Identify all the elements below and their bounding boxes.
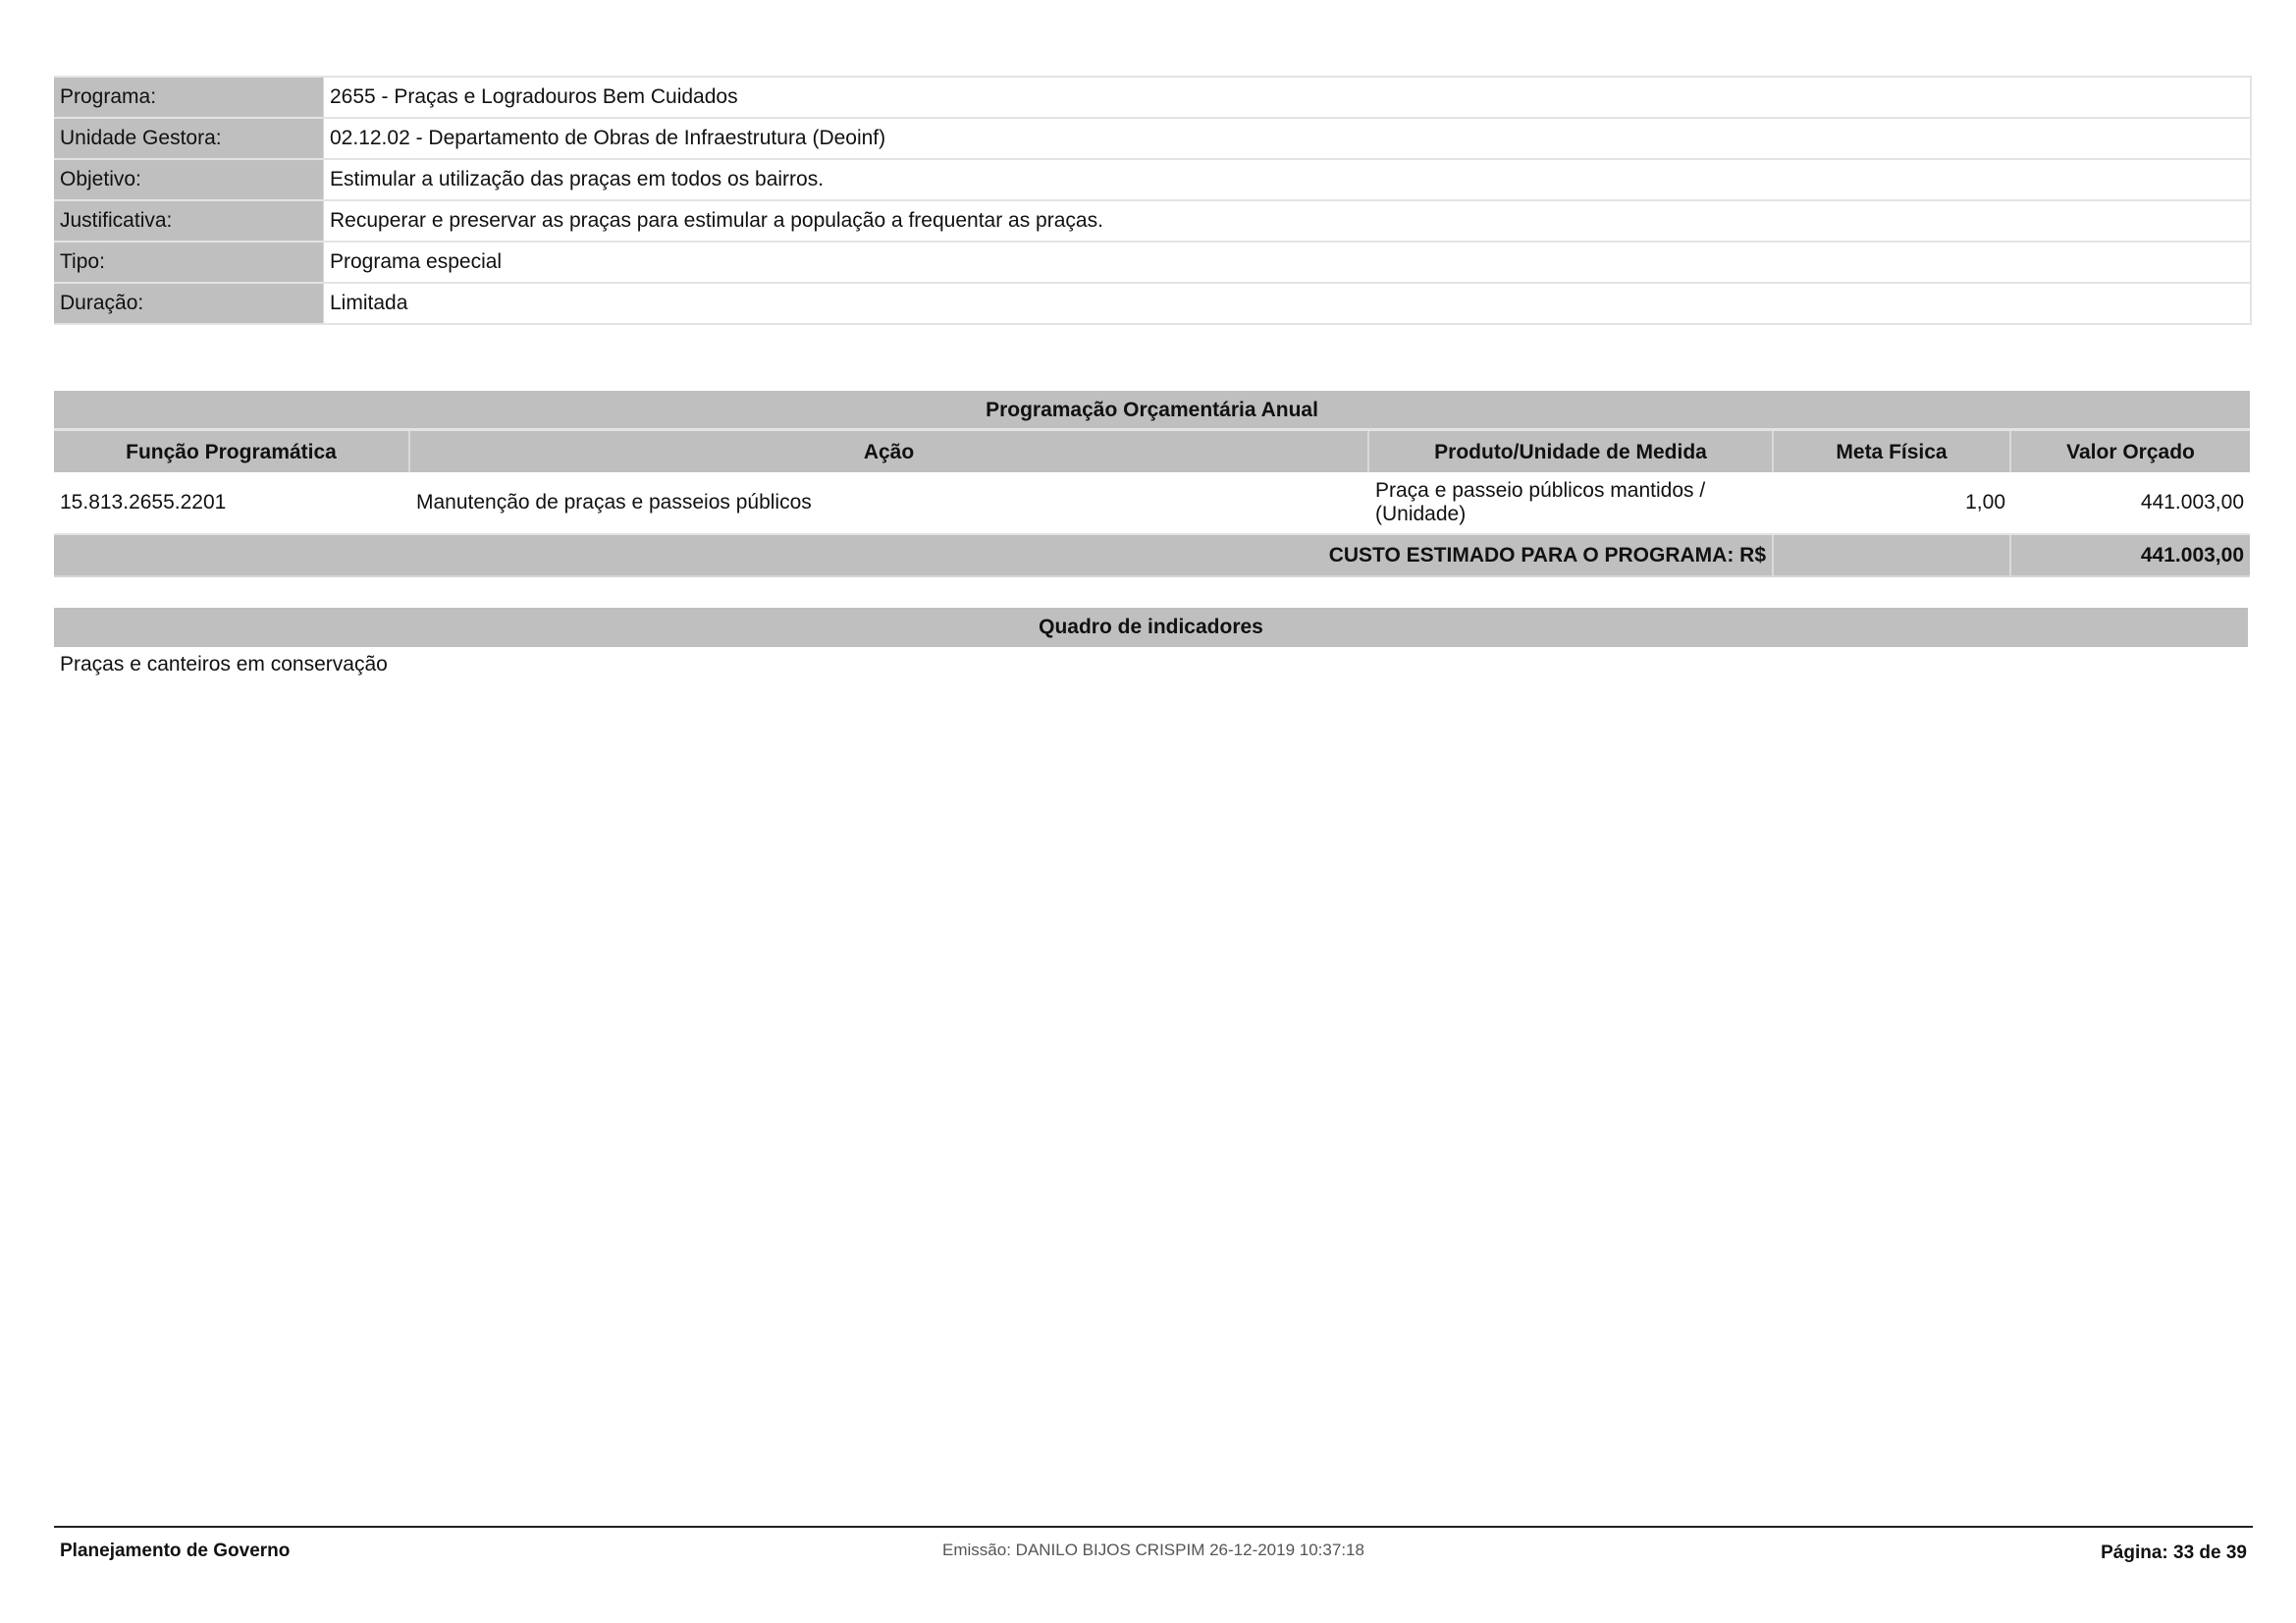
info-row-justificativa: Justificativa: Recuperar e preservar as … bbox=[54, 201, 2250, 243]
footer-page-number: Página: 33 de 39 bbox=[2101, 1542, 2247, 1564]
total-empty-cell bbox=[1774, 535, 2011, 575]
cell-meta: 1,00 bbox=[1774, 491, 2011, 514]
info-row-objetivo: Objetivo: Estimular a utilização das pra… bbox=[54, 160, 2250, 201]
column-header-meta: Meta Física bbox=[1774, 431, 2011, 472]
info-row-duracao: Duração: Limitada bbox=[54, 284, 2250, 325]
cell-valor: 441.003,00 bbox=[2011, 491, 2250, 514]
table-row: 15.813.2655.2201 Manutenção de praças e … bbox=[54, 472, 2250, 533]
info-label: Unidade Gestora: bbox=[54, 119, 324, 158]
info-label: Objetivo: bbox=[54, 160, 324, 199]
footer-divider bbox=[54, 1526, 2253, 1528]
info-label: Tipo: bbox=[54, 243, 324, 282]
budget-total-row: CUSTO ESTIMADO PARA O PROGRAMA: R$ 441.0… bbox=[54, 533, 2250, 577]
info-row-unidade-gestora: Unidade Gestora: 02.12.02 - Departamento… bbox=[54, 119, 2250, 160]
info-value: 2655 - Praças e Logradouros Bem Cuidados bbox=[324, 78, 2250, 117]
indicators-title: Quadro de indicadores bbox=[54, 608, 2248, 647]
budget-table-title: Programação Orçamentária Anual bbox=[54, 391, 2250, 431]
info-value: 02.12.02 - Departamento de Obras de Infr… bbox=[324, 119, 2250, 158]
info-value: Limitada bbox=[324, 284, 2250, 323]
total-value: 441.003,00 bbox=[2011, 535, 2250, 575]
info-row-tipo: Tipo: Programa especial bbox=[54, 243, 2250, 284]
budget-table-header: Função Programática Ação Produto/Unidade… bbox=[54, 431, 2250, 472]
program-info-table: Programa: 2655 - Praças e Logradouros Be… bbox=[54, 76, 2252, 325]
info-value: Programa especial bbox=[324, 243, 2250, 282]
indicators-section: Quadro de indicadores Praças e canteiros… bbox=[54, 608, 2248, 682]
info-row-programa: Programa: 2655 - Praças e Logradouros Be… bbox=[54, 78, 2250, 119]
cell-funcao: 15.813.2655.2201 bbox=[54, 491, 410, 514]
info-label: Justificativa: bbox=[54, 201, 324, 241]
footer-emission: Emissão: DANILO BIJOS CRISPIM 26-12-2019… bbox=[54, 1541, 2253, 1560]
column-header-valor: Valor Orçado bbox=[2011, 431, 2250, 472]
budget-table: Programação Orçamentária Anual Função Pr… bbox=[54, 391, 2250, 577]
info-label: Duração: bbox=[54, 284, 324, 323]
page-footer: Planejamento de Governo Emissão: DANILO … bbox=[54, 1541, 2253, 1570]
cell-produto: Praça e passeio públicos mantidos / (Uni… bbox=[1369, 479, 1774, 526]
column-header-acao: Ação bbox=[410, 431, 1369, 472]
column-header-produto: Produto/Unidade de Medida bbox=[1369, 431, 1774, 472]
total-label: CUSTO ESTIMADO PARA O PROGRAMA: R$ bbox=[54, 535, 1774, 575]
info-value: Recuperar e preservar as praças para est… bbox=[324, 201, 2250, 241]
info-value: Estimular a utilização das praças em tod… bbox=[324, 160, 2250, 199]
info-label: Programa: bbox=[54, 78, 324, 117]
column-header-funcao: Função Programática bbox=[54, 431, 410, 472]
indicator-item: Praças e canteiros em conservação bbox=[54, 647, 2248, 682]
cell-acao: Manutenção de praças e passeios públicos bbox=[410, 491, 1369, 514]
